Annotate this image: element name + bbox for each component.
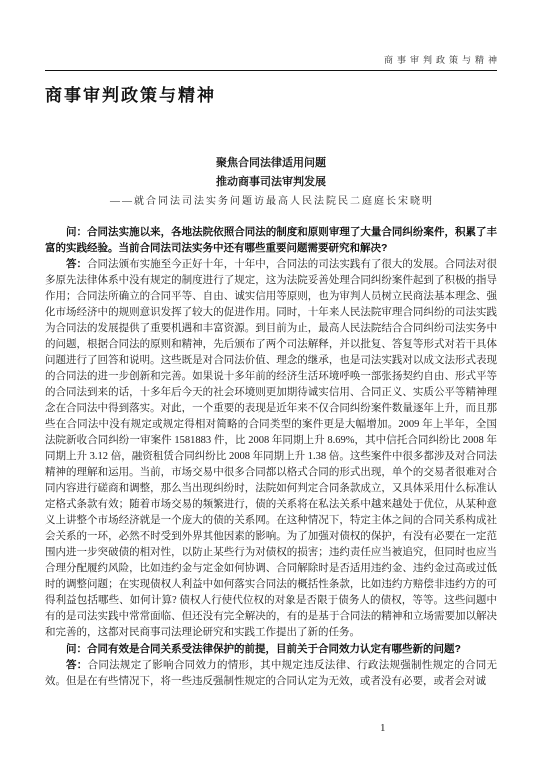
paragraph-text: 合同法实施以来，各地法院依照合同法的制度和原则审理了大量合同纠纷案件，积累了丰富… bbox=[45, 226, 497, 254]
answer-paragraph: 答：合同法规定了影响合同效力的情形，其中规定违反法律、行政法规强制性规定的合同无… bbox=[45, 657, 497, 690]
byline: ——就合同法司法实务问题访最高人民法院民二庭庭长宋晓明 bbox=[45, 195, 497, 208]
question-paragraph: 问：合同法实施以来，各地法院依照合同法的制度和原则审理了大量合同纠纷案件，积累了… bbox=[45, 224, 497, 256]
speaker-label: 答： bbox=[66, 258, 87, 270]
page-number: 1 bbox=[380, 721, 386, 735]
speaker-label: 问： bbox=[66, 643, 87, 655]
subtitle-line-1: 聚焦合同法律适用问题 bbox=[45, 154, 497, 173]
question-paragraph: 问：合同有效是合同关系受法律保护的前提，目前关于合同效力认定有哪些新的问题? bbox=[45, 641, 497, 657]
paragraph-text: 合同法颁布实施至今正好十年，十年中，合同法的司法实践有了很大的发展。合同法对很多… bbox=[45, 259, 497, 638]
paragraph-text: 合同有效是合同关系受法律保护的前提，目前关于合同效力认定有哪些新的问题? bbox=[87, 643, 461, 655]
article-subtitle: 聚焦合同法律适用问题 推动商事司法审判发展 bbox=[45, 154, 497, 192]
answer-paragraph: 答：合同法颁布实施至今正好十年，十年中，合同法的司法实践有了很大的发展。合同法对… bbox=[45, 256, 497, 641]
speaker-label: 答： bbox=[66, 659, 88, 671]
page-title: 商事审判政策与精神 bbox=[45, 85, 216, 106]
speaker-label: 问： bbox=[66, 226, 87, 238]
paragraph-text: 合同法规定了影响合同效力的情形，其中规定违反法律、行政法规强制性规定的合同无效。… bbox=[45, 660, 497, 687]
document-page: 商事审判政策与精神 商事审判政策与精神 聚焦合同法律适用问题 推动商事司法审判发… bbox=[0, 0, 539, 780]
running-header: 商事审判政策与精神 bbox=[45, 55, 497, 66]
running-header-text: 商事审判政策与精神 bbox=[384, 55, 501, 66]
byline-text: ——就合同法司法实务问题访最高人民法院民二庭庭长宋晓明 bbox=[110, 195, 434, 208]
article-body: 问：合同法实施以来，各地法院依照合同法的制度和原则审理了大量合同纠纷案件，积累了… bbox=[45, 224, 497, 690]
subtitle-line-2: 推动商事司法审判发展 bbox=[45, 173, 497, 192]
header-rule bbox=[45, 70, 497, 71]
